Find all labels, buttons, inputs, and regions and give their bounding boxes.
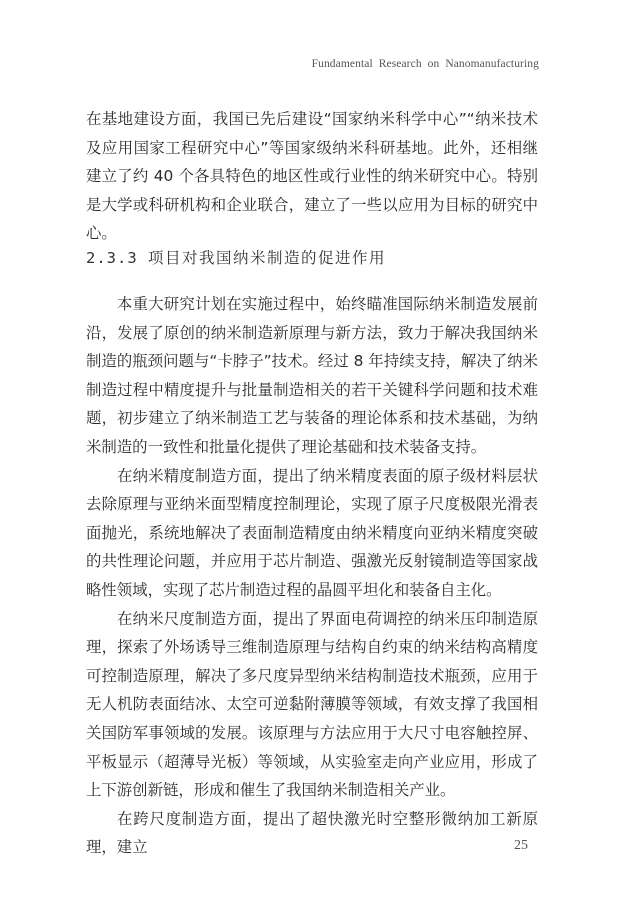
paragraph-overview: 本重大研究计划在实施过程中，始终瞄准国际纳米制造发展前沿，发展了原创的纳米制造新… [86, 290, 538, 462]
document-page: Fundamental Research on Nanomanufacturin… [0, 0, 643, 908]
paragraph-cross-scale: 在跨尺度制造方面，提出了超快激光时空整形微纳加工新原理，建立 [86, 805, 538, 862]
section-body: 本重大研究计划在实施过程中，始终瞄准国际纳米制造发展前沿，发展了原创的纳米制造新… [86, 290, 538, 862]
page-number: 25 [514, 838, 528, 854]
paragraph-nano-scale: 在纳米尺度制造方面，提出了界面电荷调控的纳米压印制造原理，探索了外场诱导三维制造… [86, 605, 538, 805]
running-header: Fundamental Research on Nanomanufacturin… [312, 58, 539, 70]
section-heading: 2.3.3项目对我国纳米制造的促进作用 [86, 246, 386, 268]
paragraph-nano-precision: 在纳米精度制造方面，提出了纳米精度表面的原子级材料层状去除原理与亚纳米面型精度控… [86, 462, 538, 605]
intro-text-block: 在基地建设方面，我国已先后建设“国家纳米科学中心”“纳米技术及应用国家工程研究中… [86, 105, 538, 248]
intro-paragraph: 在基地建设方面，我国已先后建设“国家纳米科学中心”“纳米技术及应用国家工程研究中… [86, 105, 538, 248]
section-number: 2.3.3 [86, 249, 148, 267]
section-title: 项目对我国纳米制造的促进作用 [148, 249, 386, 267]
